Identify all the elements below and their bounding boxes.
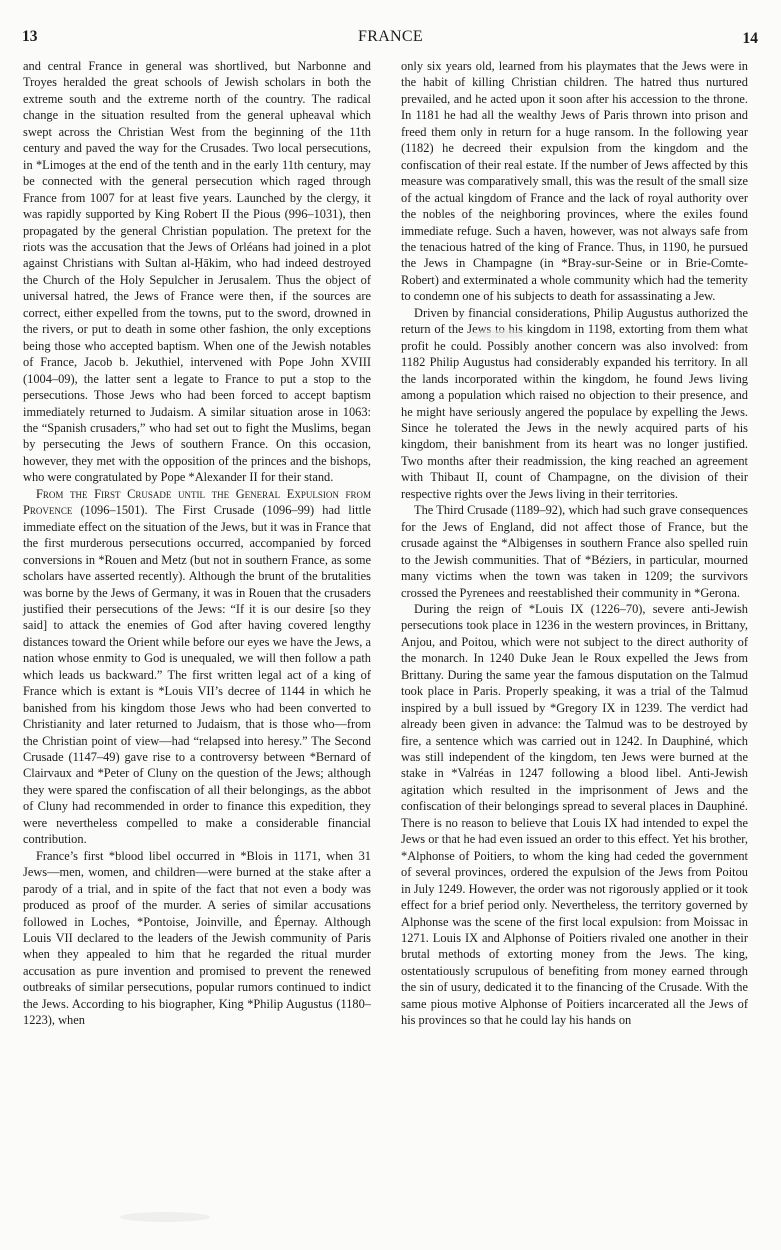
- right-column: only six years old, learned from his pla…: [401, 58, 748, 1029]
- running-title: FRANCE: [0, 28, 781, 46]
- paragraph: During the reign of *Louis IX (1226–70),…: [401, 601, 748, 1029]
- left-column: and central France in general was shortl…: [23, 58, 371, 1029]
- paragraph: Driven by financial considerations, Phil…: [401, 305, 748, 502]
- running-head: 13 FRANCE 14: [0, 28, 781, 48]
- paragraph-text: The First Crusade (1096–99) had little i…: [23, 503, 371, 846]
- paragraph: France’s first *blood libel occurred in …: [23, 848, 371, 1029]
- scan-smudge: [120, 1212, 210, 1222]
- page-number-right: 14: [743, 30, 759, 48]
- scan-smudge: [470, 330, 530, 338]
- paragraph-section-start: From the First Crusade until the General…: [23, 486, 371, 848]
- paragraph-continued: and central France in general was shortl…: [23, 58, 371, 486]
- paragraph: The Third Crusade (1189–92), which had s…: [401, 502, 748, 601]
- paragraph-continued: only six years old, learned from his pla…: [401, 58, 748, 305]
